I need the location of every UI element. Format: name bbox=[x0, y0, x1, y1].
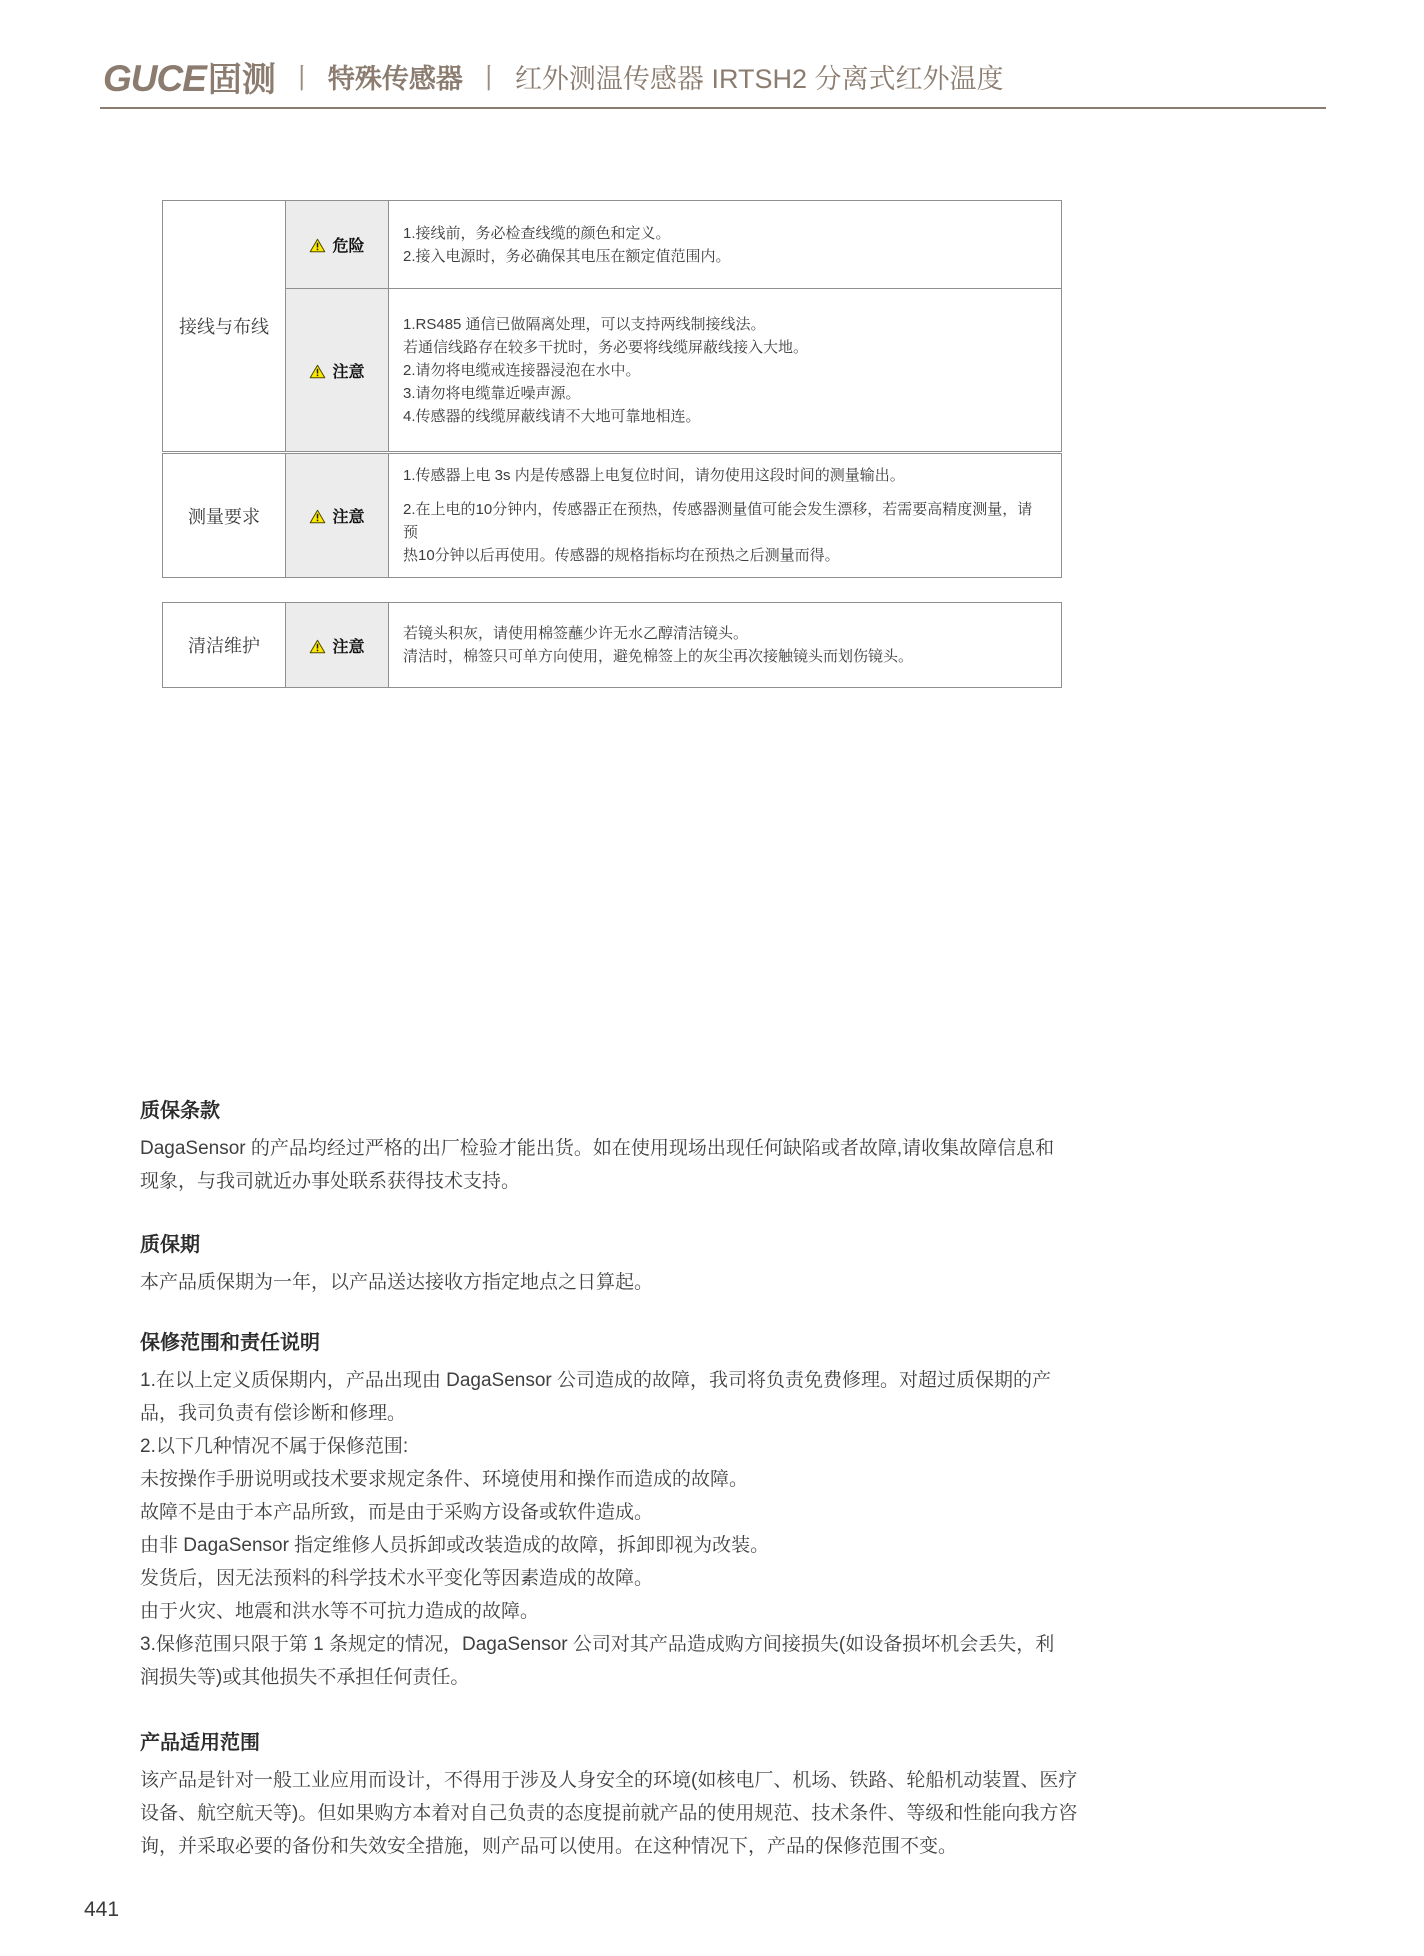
section-heading: 产品适用范围 bbox=[140, 1726, 1290, 1755]
warning-table-body: 接线与布线危险1.接线前，务必检查线缆的颜色和定义。 2.接入电源时，务必确保其… bbox=[163, 201, 1062, 452]
table-row: 接线与布线危险1.接线前，务必检查线缆的颜色和定义。 2.接入电源时，务必确保其… bbox=[163, 201, 1062, 289]
table-content-cell: 1.接线前，务必检查线缆的颜色和定义。 2.接入电源时，务必确保其电压在额定值范… bbox=[389, 201, 1062, 289]
table-content-cell: 若镜头积灰，请使用棉签蘸少许无水乙醇清洁镜头。 清洁时，棉签只可单方向使用，避免… bbox=[389, 603, 1062, 688]
warning-triangle-icon bbox=[309, 364, 326, 379]
page-number: 441 bbox=[84, 1898, 119, 1922]
brand-logo: GUCE固测 bbox=[103, 52, 276, 101]
doc-section: 质保条款DagaSensor 的产品均经过严格的出厂检验才能出货。如在使用现场出… bbox=[140, 1094, 1290, 1198]
warning-triangle-icon bbox=[309, 509, 326, 524]
table-content-cell: 1.RS485 通信已做隔离处理，可以支持两线制接线法。 若通信线路存在较多干扰… bbox=[389, 289, 1062, 452]
section-body: 本产品质保期为一年，以产品送达接收方指定地点之日算起。 bbox=[140, 1266, 1290, 1299]
warning-level-cell: 注意 bbox=[286, 454, 389, 578]
doc-section: 质保期本产品质保期为一年，以产品送达接收方指定地点之日算起。 bbox=[140, 1228, 1290, 1299]
table-category-cell: 清洁维护 bbox=[163, 603, 286, 688]
header-divider: 丨 bbox=[475, 57, 503, 97]
table-row: 清洁维护注意若镜头积灰，请使用棉签蘸少许无水乙醇清洁镜头。 清洁时，棉签只可单方… bbox=[163, 603, 1062, 688]
content-paragraph: 1.传感器上电 3s 内是传感器上电复位时间，请勿使用这段时间的测量输出。 bbox=[403, 464, 1047, 487]
warning-level-cell: 注意 bbox=[286, 289, 389, 452]
warning-level-label: 注意 bbox=[332, 639, 364, 656]
table-category-cell: 接线与布线 bbox=[163, 201, 286, 452]
header-rule bbox=[100, 107, 1326, 109]
content-paragraph: 若镜头积灰，请使用棉签蘸少许无水乙醇清洁镜头。 清洁时，棉签只可单方向使用，避免… bbox=[403, 622, 1047, 668]
section-body: 1.在以上定义质保期内，产品出现由 DagaSensor 公司造成的故障，我司将… bbox=[140, 1364, 1290, 1694]
header-product-title: 红外测温传感器 IRTSH2 分离式红外温度 bbox=[515, 57, 1004, 96]
table-row: 测量要求注意1.传感器上电 3s 内是传感器上电复位时间，请勿使用这段时间的测量… bbox=[163, 454, 1062, 578]
section-heading: 质保条款 bbox=[140, 1094, 1290, 1123]
content-paragraph: 2.在上电的10分钟内，传感器正在预热，传感器测量值可能会发生漂移，若需要高精度… bbox=[403, 498, 1047, 567]
document-header: GUCE固测 丨 特殊传感器 丨 红外测温传感器 IRTSH2 分离式红外温度 bbox=[103, 52, 1003, 101]
brand-logo-cjk: 固测 bbox=[208, 61, 276, 99]
warning-table: 接线与布线危险1.接线前，务必检查线缆的颜色和定义。 2.接入电源时，务必确保其… bbox=[162, 200, 1062, 452]
brand-logo-latin: GUCE bbox=[103, 58, 206, 99]
table-row: 注意1.RS485 通信已做隔离处理，可以支持两线制接线法。 若通信线路存在较多… bbox=[163, 289, 1062, 452]
warning-table: 清洁维护注意若镜头积灰，请使用棉签蘸少许无水乙醇清洁镜头。 清洁时，棉签只可单方… bbox=[162, 602, 1062, 688]
doc-section: 产品适用范围该产品是针对一般工业应用而设计，不得用于涉及人身安全的环境(如核电厂… bbox=[140, 1726, 1290, 1863]
header-divider: 丨 bbox=[288, 57, 316, 97]
doc-section: 保修范围和责任说明1.在以上定义质保期内，产品出现由 DagaSensor 公司… bbox=[140, 1326, 1290, 1694]
warning-triangle-icon bbox=[309, 639, 326, 654]
section-heading: 质保期 bbox=[140, 1228, 1290, 1257]
section-body: 该产品是针对一般工业应用而设计，不得用于涉及人身安全的环境(如核电厂、机场、铁路… bbox=[140, 1764, 1290, 1863]
warning-table: 测量要求注意1.传感器上电 3s 内是传感器上电复位时间，请勿使用这段时间的测量… bbox=[162, 453, 1062, 578]
warning-table-body: 测量要求注意1.传感器上电 3s 内是传感器上电复位时间，请勿使用这段时间的测量… bbox=[163, 454, 1062, 578]
warning-level-label: 注意 bbox=[332, 509, 364, 526]
section-heading: 保修范围和责任说明 bbox=[140, 1326, 1290, 1355]
table-category-cell: 测量要求 bbox=[163, 454, 286, 578]
warning-level-label: 危险 bbox=[332, 238, 364, 255]
warning-level-cell: 危险 bbox=[286, 201, 389, 289]
header-category: 特殊传感器 bbox=[328, 57, 463, 96]
table-content-cell: 1.传感器上电 3s 内是传感器上电复位时间，请勿使用这段时间的测量输出。2.在… bbox=[389, 454, 1062, 578]
section-body: DagaSensor 的产品均经过严格的出厂检验才能出货。如在使用现场出现任何缺… bbox=[140, 1132, 1290, 1198]
content-paragraph: 1.RS485 通信已做隔离处理，可以支持两线制接线法。 若通信线路存在较多干扰… bbox=[403, 313, 1047, 428]
content-paragraph: 1.接线前，务必检查线缆的颜色和定义。 2.接入电源时，务必确保其电压在额定值范… bbox=[403, 222, 1047, 268]
warning-level-cell: 注意 bbox=[286, 603, 389, 688]
warning-level-label: 注意 bbox=[332, 364, 364, 381]
warning-triangle-icon bbox=[309, 238, 326, 253]
warning-table-body: 清洁维护注意若镜头积灰，请使用棉签蘸少许无水乙醇清洁镜头。 清洁时，棉签只可单方… bbox=[163, 603, 1062, 688]
